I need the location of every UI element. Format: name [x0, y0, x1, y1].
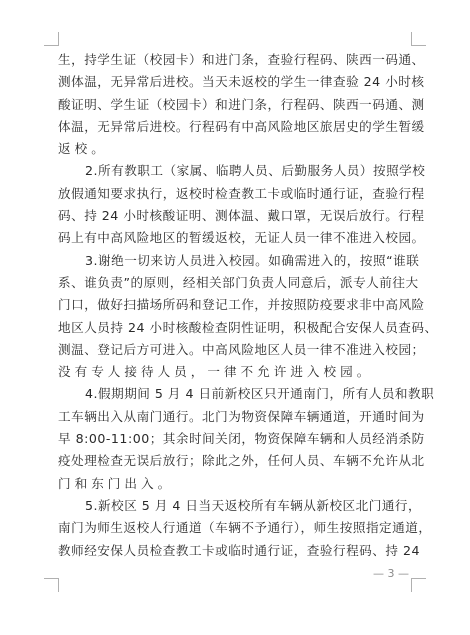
- text-line: 地区人员持 24 小时核酸检查阴性证明，积极配合安保人员查码、: [58, 317, 413, 339]
- text-line: 5.新校区 5 月 4 日当天返校所有车辆从新校区北门通行，: [58, 495, 413, 517]
- bottom-left-crop-mark: [44, 578, 59, 592]
- bottom-right-crop-mark: [411, 578, 426, 592]
- text-line: 4.假期期间 5 月 4 日前新校区只开通南门，所有人员和教职: [58, 383, 413, 405]
- text-line: 测体温，无异常后进校。当天未返校的学生一律查验 24 小时核: [58, 71, 413, 93]
- text-line: 码上有中高风险地区的暂缓返校，无证人员一律不准进入校园。: [58, 227, 413, 249]
- text-line: 门口，做好扫描场所码和登记工作，并按照防疫要求非中高风险: [58, 294, 413, 316]
- paragraph-5: 5.新校区 5 月 4 日当天返校所有车辆从新校区北门通行， 南门为师生返校人行…: [58, 495, 413, 562]
- text-line: 返校。: [58, 138, 413, 160]
- text-line: 3.谢绝一切来访人员进入校园。如确需进入的，按照“谁联: [58, 250, 413, 272]
- document-body: 生，持学生证（校园卡）和进门条，查验行程码、陕西一码通、 测体温，无异常后进校。…: [58, 49, 413, 562]
- text-line: 酸证明、学生证（校园卡）和进门条，行程码、陕西一码通、测: [58, 94, 413, 116]
- text-line: 疫处理检查无误后放行；除此之外，任何人员、车辆不允许从北: [58, 450, 413, 472]
- text-line: 放假通知要求执行，返校时检查教工卡或临时通行证，查验行程: [58, 183, 413, 205]
- text-line: 工车辆出入从南门通行。北门为物资保障车辆通道，开通时间为: [58, 406, 413, 428]
- top-right-crop-mark: [411, 32, 426, 46]
- text-line: 生，持学生证（校园卡）和进门条，查验行程码、陕西一码通、: [58, 49, 413, 71]
- paragraph-4: 4.假期期间 5 月 4 日前新校区只开通南门，所有人员和教职 工车辆出入从南门…: [58, 383, 413, 494]
- paragraph-3: 3.谢绝一切来访人员进入校园。如确需进入的，按照“谁联 系、谁负责”的原则，经相…: [58, 250, 413, 384]
- document-page: 生，持学生证（校园卡）和进门条，查验行程码、陕西一码通、 测体温，无异常后进校。…: [0, 0, 470, 635]
- text-line: 南门为师生返校人行通道（车辆不予通行），师生按照指定通道，: [58, 517, 413, 539]
- paragraph-2: 2.所有教职工（家属、临聘人员、后勤服务人员）按照学校 放假通知要求执行，返校时…: [58, 160, 413, 249]
- paragraph-1: 生，持学生证（校园卡）和进门条，查验行程码、陕西一码通、 测体温，无异常后进校。…: [58, 49, 413, 160]
- text-line: 教师经安保人员检查教工卡或临时通行证，查验行程码、持 24: [58, 540, 413, 562]
- text-line: 没有专人接待人员，一律不允许进入校园。: [58, 361, 413, 383]
- text-line: 门和东门出入。: [58, 473, 413, 495]
- text-line: 体温，无异常后进校。行程码有中高风险地区旅居史的学生暂缓: [58, 116, 413, 138]
- text-line: 2.所有教职工（家属、临聘人员、后勤服务人员）按照学校: [58, 160, 413, 182]
- text-line: 码、持 24 小时核酸证明、测体温、戴口罩，无误后放行。行程: [58, 205, 413, 227]
- text-line: 测温、登记后方可进入。中高风险地区人员一律不准进入校园；: [58, 339, 413, 361]
- top-left-crop-mark: [44, 32, 59, 46]
- page-number: — 3 —: [370, 567, 412, 580]
- text-line: 系、谁负责”的原则，经相关部门负责人同意后，派专人前往大: [58, 272, 413, 294]
- text-line: 早 8:00-11:00；其余时间关闭，物资保障车辆和人员经消杀防: [58, 428, 413, 450]
